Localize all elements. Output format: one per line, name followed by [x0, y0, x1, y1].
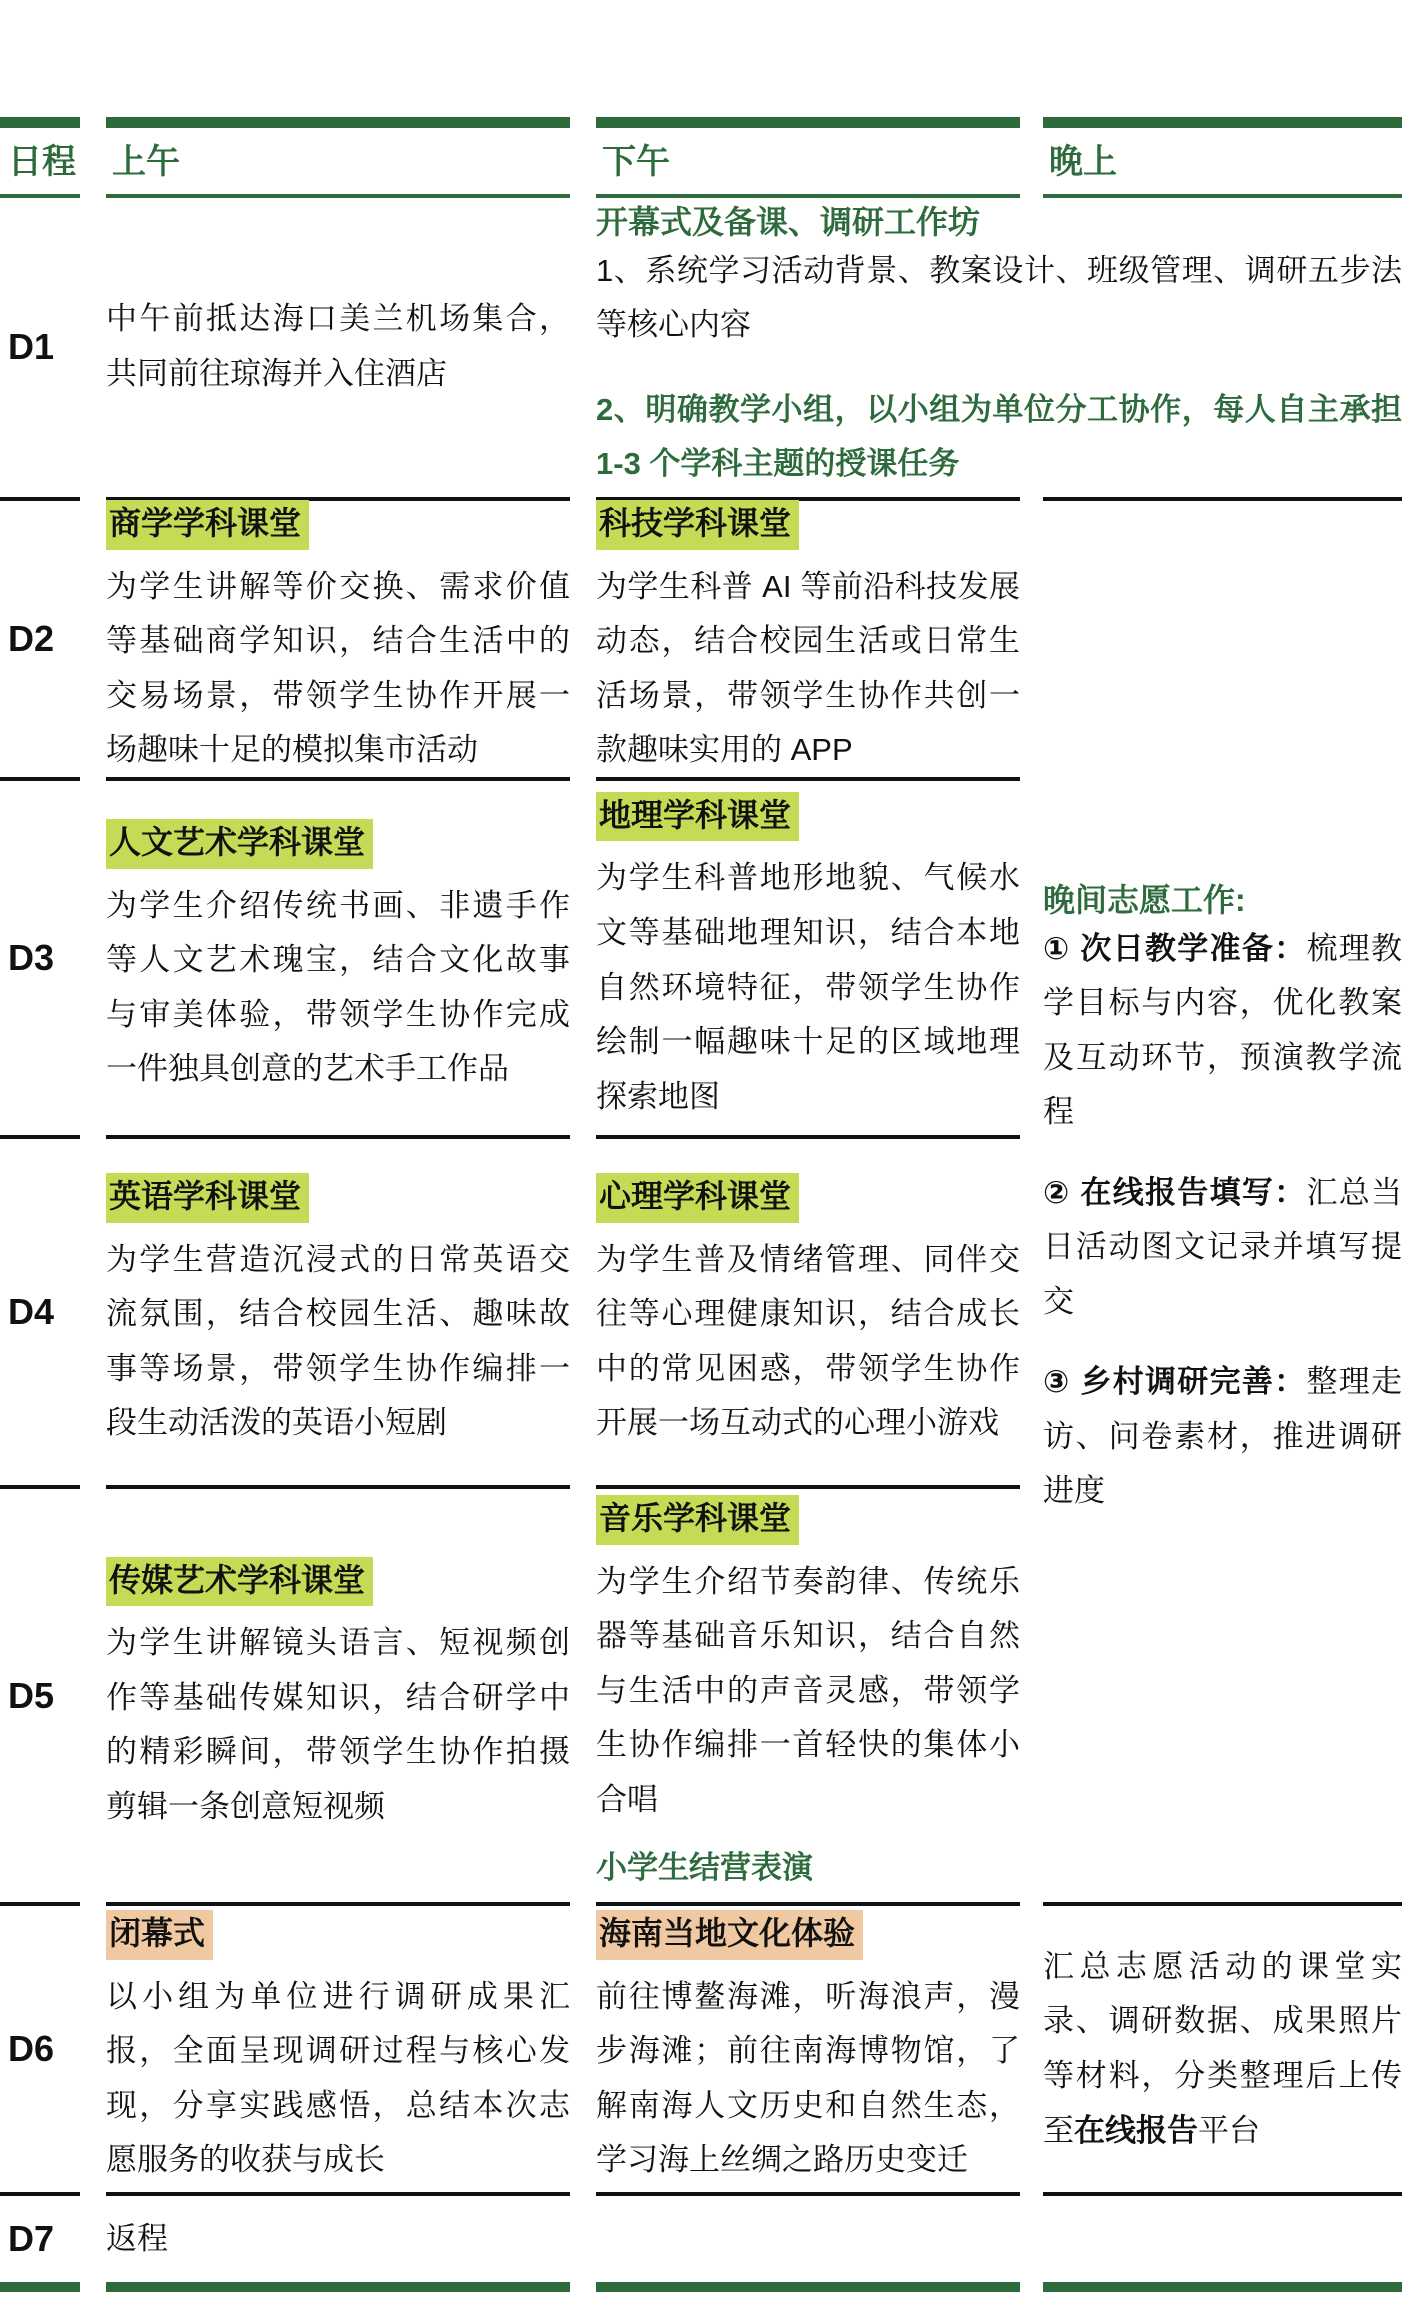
day-label-d4: D4 — [0, 1139, 80, 1485]
d4-afternoon-title: 心理学科课堂 — [596, 1173, 799, 1223]
d5-morning-body: 为学生讲解镜头语言、短视频创作等基础传媒知识，结合研学中的精彩瞬间，带领学生协作… — [106, 1616, 570, 1834]
header-underline — [1043, 194, 1402, 198]
cell-d6-morning: 闭幕式 以小组为单位进行调研成果汇报，全面呈现调研过程与核心发现，分享实践感悟，… — [106, 1906, 570, 2192]
header-day: 日程 — [8, 140, 76, 184]
bottom-bar — [596, 2282, 1020, 2292]
day-label-d2: D2 — [0, 501, 80, 777]
d4-afternoon-body: 为学生普及情绪管理、同伴交往等心理健康知识，结合成长中的常见困惑，带领学生协作开… — [596, 1233, 1020, 1451]
d2-morning-body: 为学生讲解等价交换、需求价值等基础商学知识，结合生活中的交易场景，带领学生协作开… — [106, 560, 570, 778]
day-label-d7: D7 — [0, 2196, 80, 2282]
d6-afternoon-body: 前往博鳌海滩，听海浪声，漫步海滩；前往南海博物馆，了解南海人文历史和自然生态，学… — [596, 1970, 1020, 2188]
topbar-day — [0, 117, 80, 128]
schedule-page: 日程 上午 下午 晚上 D1 中午前抵达海口美兰机场集合，共同前往琼海并入住酒店… — [0, 0, 1402, 2315]
d6-morning-title: 闭幕式 — [106, 1910, 213, 1960]
topbar-afternoon — [596, 117, 1020, 128]
d6-evening-text: 汇总志愿活动的课堂实录、调研数据、成果照片等材料，分类整理后上传至在线报告平台 — [1043, 1940, 1402, 2158]
cell-d4-morning: 英语学科课堂 为学生营造沉浸式的日常英语交流氛围，结合校园生活、趣味故事等场景，… — [106, 1139, 570, 1485]
row-divider — [596, 2192, 1020, 2196]
cell-d6-evening: 汇总志愿活动的课堂实录、调研数据、成果照片等材料，分类整理后上传至在线报告平台 — [1043, 1906, 1402, 2192]
header-evening: 晚上 — [1049, 140, 1117, 184]
d4-morning-title: 英语学科课堂 — [106, 1173, 309, 1223]
cell-d5-morning: 传媒艺术学科课堂 为学生讲解镜头语言、短视频创作等基础传媒知识，结合研学中的精彩… — [106, 1489, 570, 1902]
cell-evening-volunteer-work: 晚间志愿工作: ① 次日教学准备：梳理教学目标与内容，优化教案及互动环节，预演教… — [1043, 501, 1402, 1898]
bottom-bar — [0, 2282, 80, 2292]
evening-item-1: ① 次日教学准备：梳理教学目标与内容，优化教案及互动环节，预演教学流程 — [1043, 922, 1402, 1140]
cell-d2-morning: 商学学科课堂 为学生讲解等价交换、需求价值等基础商学知识，结合生活中的交易场景，… — [106, 501, 570, 777]
d6-morning-body: 以小组为单位进行调研成果汇报，全面呈现调研过程与核心发现，分享实践感悟，总结本次… — [106, 1970, 570, 2188]
d1-afternoon-item1: 1、系统学习活动背景、教案设计、班级管理、调研五步法等核心内容 — [596, 244, 1402, 353]
header-underline — [0, 194, 80, 198]
bottom-bar — [106, 2282, 570, 2292]
header-morning: 上午 — [112, 140, 180, 184]
header-afternoon: 下午 — [602, 140, 670, 184]
day-label-d1: D1 — [0, 201, 80, 493]
d1-afternoon-title: 开幕式及备课、调研工作坊 — [596, 202, 1402, 244]
d2-afternoon-title: 科技学科课堂 — [596, 500, 799, 550]
bottom-bar — [1043, 2282, 1402, 2292]
d6-afternoon-title: 海南当地文化体验 — [596, 1910, 863, 1960]
d5-afternoon-title: 音乐学科课堂 — [596, 1495, 799, 1545]
day-label-d6: D6 — [0, 1906, 80, 2192]
evening-title: 晚间志愿工作: — [1043, 880, 1402, 922]
d5-afternoon-footer: 小学生结营表演 — [596, 1841, 1020, 1896]
header-underline — [106, 194, 570, 198]
d1-morning-text: 中午前抵达海口美兰机场集合，共同前往琼海并入住酒店 — [106, 292, 570, 401]
d3-afternoon-title: 地理学科课堂 — [596, 792, 799, 842]
topbar-evening — [1043, 117, 1402, 128]
header-underline — [596, 194, 1020, 198]
d3-morning-body: 为学生介绍传统书画、非遗手作等人文艺术瑰宝，结合文化故事与审美体验，带领学生协作… — [106, 879, 570, 1097]
topbar-morning — [106, 117, 570, 128]
d7-morning-text: 返程 — [106, 2212, 570, 2267]
evening-item-3: ③ 乡村调研完善：整理走访、问卷素材，推进调研进度 — [1043, 1355, 1402, 1519]
day-label-d3: D3 — [0, 781, 80, 1135]
cell-d1-morning: 中午前抵达海口美兰机场集合，共同前往琼海并入住酒店 — [106, 201, 570, 493]
d2-afternoon-body: 为学生科普 AI 等前沿科技发展动态，结合校园生活或日常生活场景，带领学生协作共… — [596, 560, 1020, 778]
cell-d6-afternoon: 海南当地文化体验 前往博鳌海滩，听海浪声，漫步海滩；前往南海博物馆，了解南海人文… — [596, 1906, 1020, 2192]
d2-morning-title: 商学学科课堂 — [106, 500, 309, 550]
cell-d4-afternoon: 心理学科课堂 为学生普及情绪管理、同伴交往等心理健康知识，结合成长中的常见困惑，… — [596, 1139, 1020, 1485]
cell-d3-afternoon: 地理学科课堂 为学生科普地形地貌、气候水文等基础地理知识，结合本地自然环境特征，… — [596, 781, 1020, 1135]
row-divider — [1043, 2192, 1402, 2196]
d1-afternoon-item2: 2、明确教学小组，以小组为单位分工协作，每人自主承担 1-3 个学科主题的授课任… — [596, 383, 1402, 492]
day-label-d5: D5 — [0, 1489, 80, 1902]
d5-afternoon-body: 为学生介绍节奏韵律、传统乐器等基础音乐知识，结合自然与生活中的声音灵感，带领学生… — [596, 1555, 1020, 1828]
cell-d3-morning: 人文艺术学科课堂 为学生介绍传统书画、非遗手作等人文艺术瑰宝，结合文化故事与审美… — [106, 781, 570, 1135]
cell-d5-afternoon: 音乐学科课堂 为学生介绍节奏韵律、传统乐器等基础音乐知识，结合自然与生活中的声音… — [596, 1489, 1020, 1902]
evening-item-2: ② 在线报告填写：汇总当日活动图文记录并填写提交 — [1043, 1166, 1402, 1330]
cell-d2-afternoon: 科技学科课堂 为学生科普 AI 等前沿科技发展动态，结合校园生活或日常生活场景，… — [596, 501, 1020, 777]
d3-afternoon-body: 为学生科普地形地貌、气候水文等基础地理知识，结合本地自然环境特征，带领学生协作绘… — [596, 851, 1020, 1124]
d4-morning-body: 为学生营造沉浸式的日常英语交流氛围，结合校园生活、趣味故事等场景，带领学生协作编… — [106, 1233, 570, 1451]
d3-morning-title: 人文艺术学科课堂 — [106, 819, 373, 869]
cell-d7-morning: 返程 — [106, 2196, 570, 2282]
d5-morning-title: 传媒艺术学科课堂 — [106, 1557, 373, 1607]
cell-d1-afternoon: 开幕式及备课、调研工作坊 1、系统学习活动背景、教案设计、班级管理、调研五步法等… — [596, 199, 1402, 495]
